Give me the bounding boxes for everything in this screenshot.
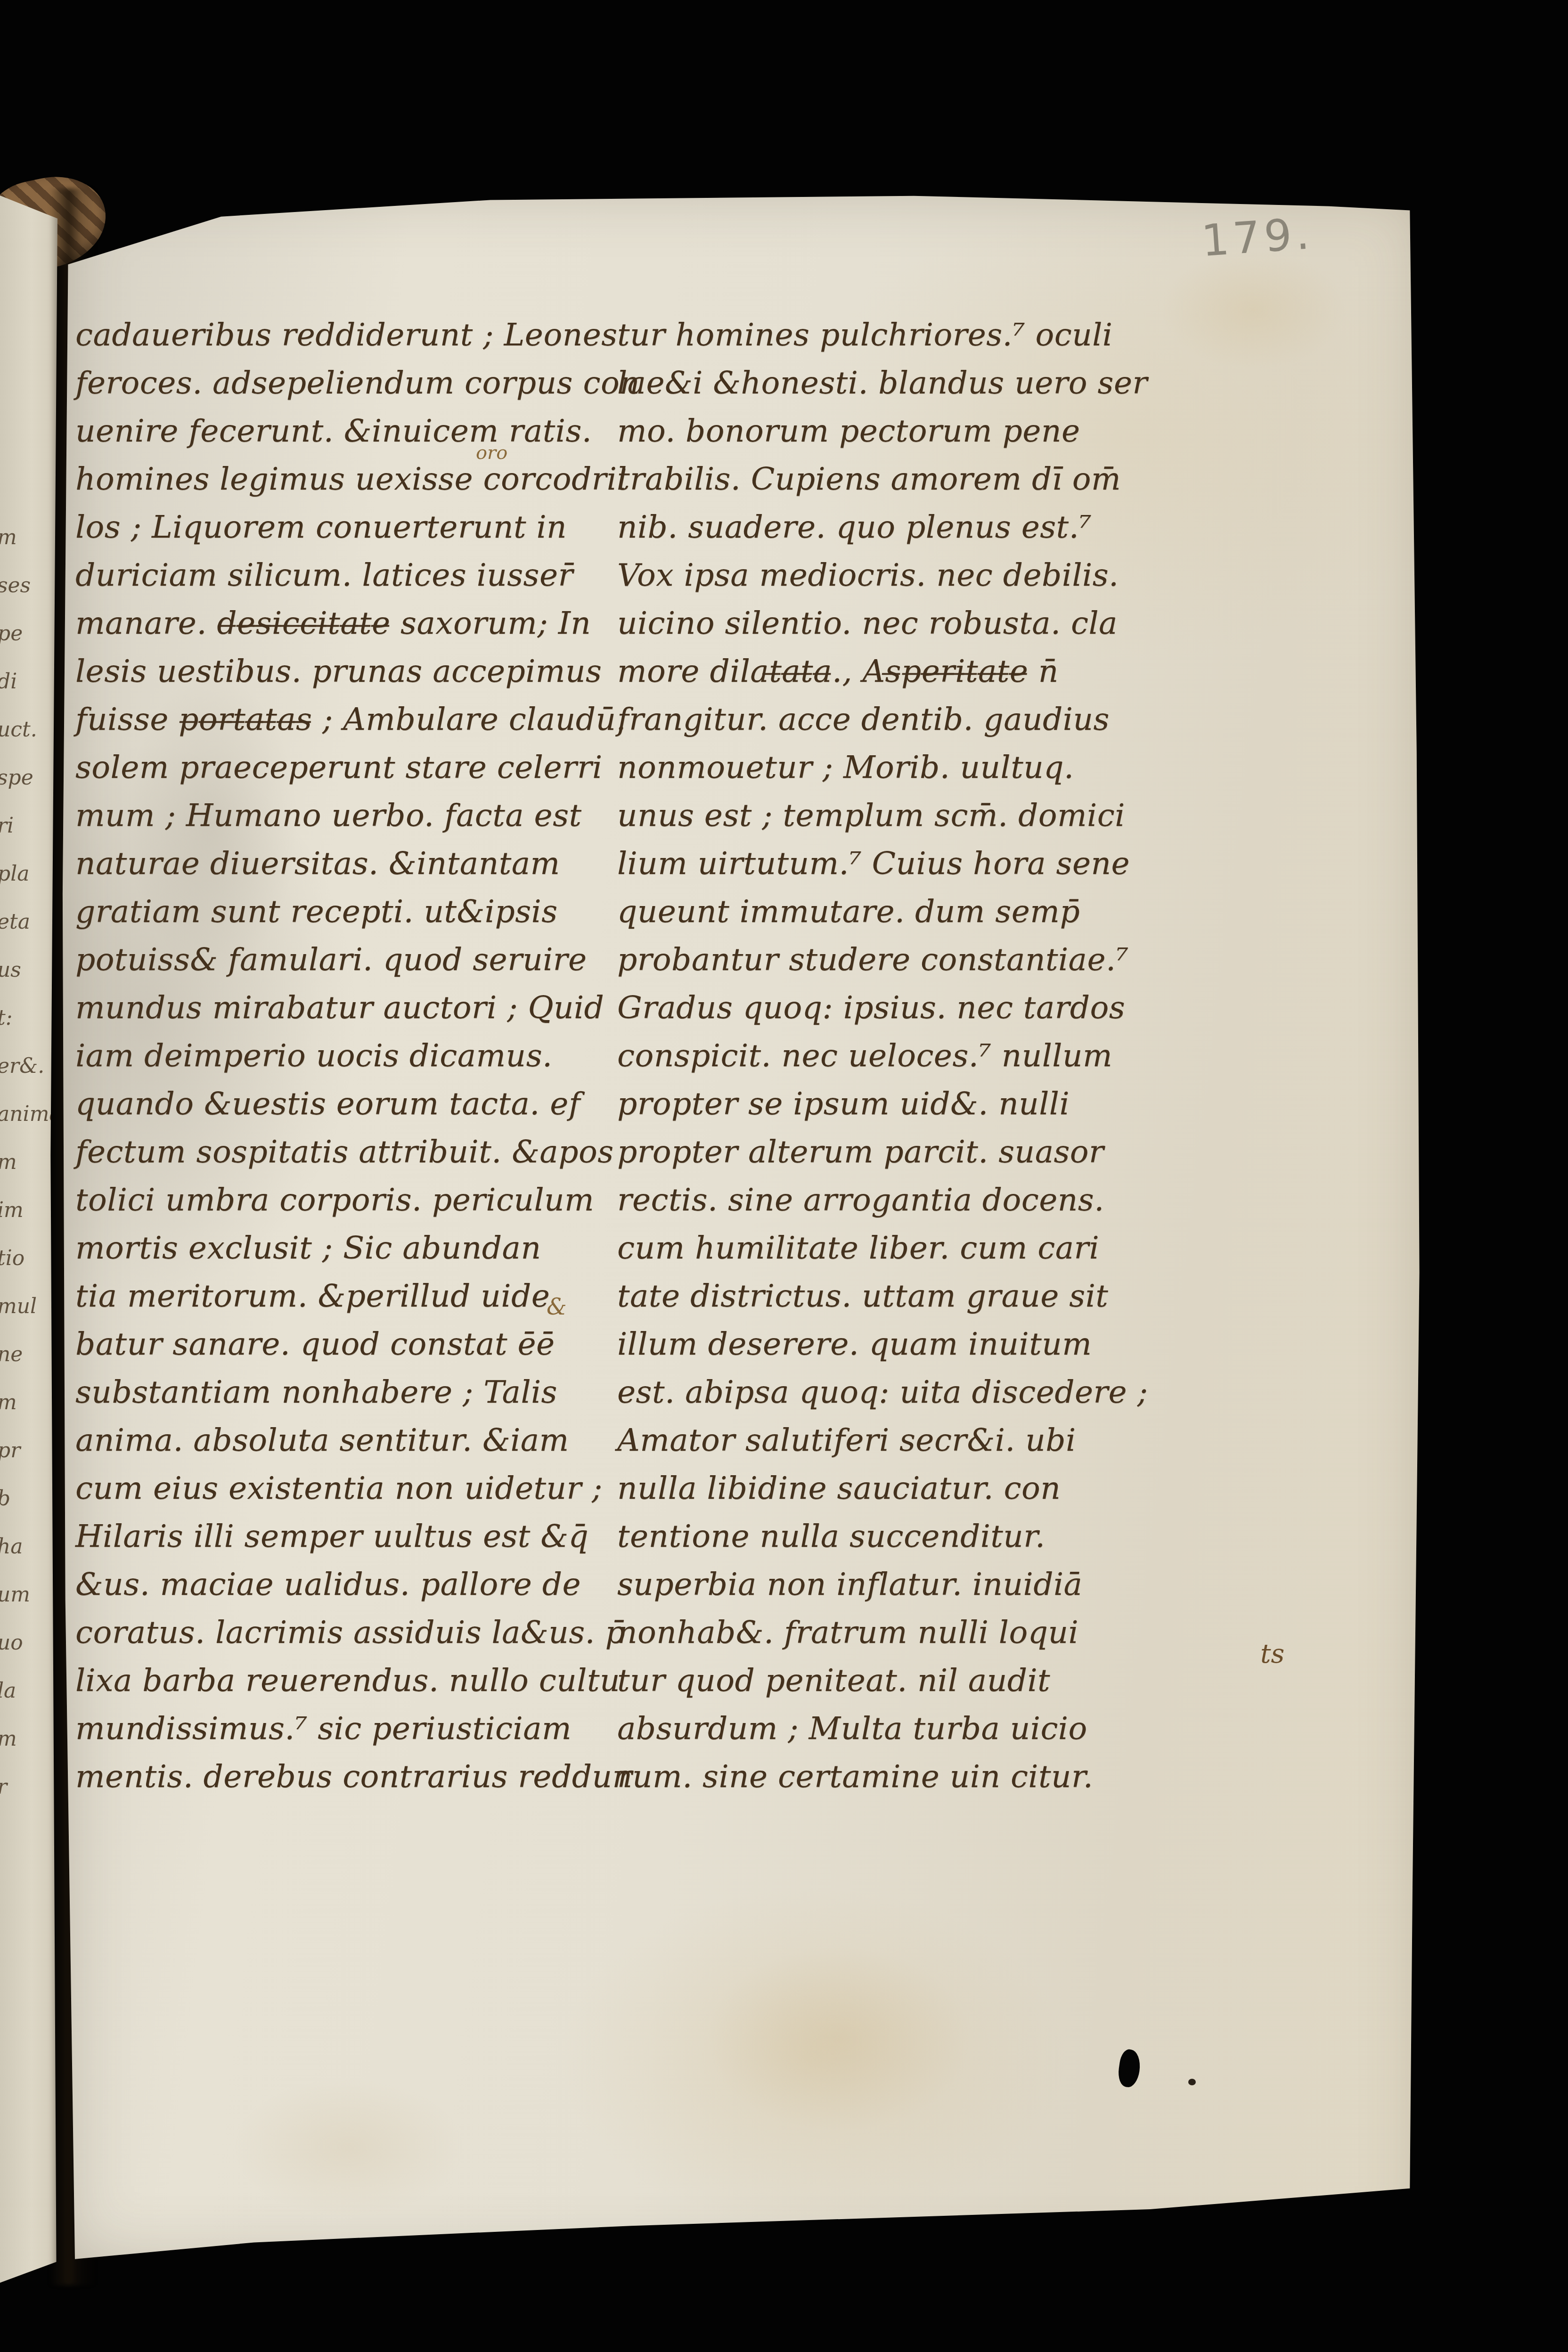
text-line: mundus mirabatur auctori ; Quid (75, 984, 589, 1032)
gutter-fragment-text: im (0, 1186, 56, 1234)
text-line: fectum sospitatis attribuit. &apos (75, 1128, 589, 1176)
gutter-fragment-text: m (0, 1715, 56, 1763)
gutter-fragment-text: uo (0, 1619, 56, 1667)
gutter-fragment-text: t: (0, 994, 56, 1042)
text-line: illum deserere. quam inuitum (617, 1320, 1168, 1368)
gutter-fragment-text: m (0, 514, 56, 562)
text-line: quando &uestis eorum tacta. ef (75, 1080, 589, 1128)
text-line: mum ; Humano uerbo. facta est (75, 792, 589, 840)
text-line: substantiam nonhabere ; Talis (75, 1368, 589, 1416)
manuscript-page: 179. cadaueribus reddiderunt ; Leonesfer… (61, 188, 1428, 2265)
text-line: Hilaris illi semper uultus est &q̄ (75, 1512, 589, 1560)
text-line: frangitur. acce dentib. gaudius (617, 695, 1168, 743)
text-line: naturae diuersitas. &intantam (75, 840, 589, 888)
text-line: fuisse p̶o̶r̶t̶a̶t̶a̶s̶ ; Ambulare claud… (75, 695, 589, 743)
gutter-fragment-text: ne (0, 1331, 56, 1379)
text-line: cadaueribus reddiderunt ; Leones (75, 311, 589, 359)
gutter-fragment-text: um (0, 1571, 56, 1619)
gutter-fragment-text: r (0, 1763, 56, 1811)
text-line: superbia non inflatur. inuidiā (617, 1560, 1168, 1609)
gutter-fragment-text: ri (0, 802, 56, 850)
text-line: tur quod peniteat. nil audit (617, 1657, 1168, 1705)
text-line: potuiss& famulari. quod seruire (75, 936, 589, 984)
text-line: nib. suadere. quo plenus est.⁷ (617, 503, 1168, 551)
text-line: tolici umbra corporis. periculum (75, 1176, 589, 1224)
gutter-fragment-text: mul (0, 1282, 56, 1331)
text-line: lixa barba reuerendus. nullo cultu (75, 1657, 589, 1705)
text-line: gratiam sunt recepti. ut&ipsis (75, 888, 589, 936)
gutter-fragment-text: er&. (0, 1042, 56, 1090)
text-line: cum humilitate liber. cum cari (617, 1224, 1168, 1272)
quire-mark: ts (1260, 1639, 1284, 1669)
previous-folio-edge: msespediuct.speriplaetaust:er&.animalmim… (0, 196, 57, 2283)
interlinear-gloss: & (547, 1294, 567, 1320)
text-line: cum eius existentia non uidetur ; (75, 1464, 589, 1512)
text-line: mo. bonorum pectorum pene (617, 407, 1168, 455)
text-line: unus est ; templum scm̄. domici (617, 792, 1168, 840)
text-line: tentione nulla succenditur. (617, 1512, 1168, 1560)
gutter-fragment-text: uct. (0, 706, 56, 754)
text-line: feroces. adsepeliendum corpus con (75, 359, 589, 407)
text-line: est. abipsa quoq: uita discedere ; (617, 1368, 1168, 1416)
text-line: anima. absoluta sentitur. &iam (75, 1416, 589, 1464)
text-line: lesis uestibus. prunas accepimus (75, 647, 589, 695)
text-line: manare. d̶e̶s̶i̶c̶c̶i̶t̶a̶t̶e̶ saxorum; … (75, 599, 589, 647)
gutter-fragment-list: msespediuct.speriplaetaust:er&.animalmim… (0, 514, 56, 1811)
gutter-fragment-text: us (0, 946, 56, 994)
text-line: coratus. lacrimis assiduis la&us. p̄ (75, 1609, 589, 1657)
gutter-fragment-text: spe (0, 754, 56, 802)
text-line: homines legimus uexisse corcodril (75, 455, 589, 503)
gutter-fragment-text: m (0, 1138, 56, 1186)
gutter-fragment-text: la (0, 1667, 56, 1715)
text-line: mundissimus.⁷ sic periusticiam (75, 1705, 589, 1753)
gutter-fragment-text: pe (0, 610, 56, 658)
text-line: los ; Liquorem conuerterunt in (75, 503, 589, 551)
gutter-fragment-text: b (0, 1475, 56, 1523)
text-line: queunt immutare. dum semp̄ (617, 888, 1168, 936)
gutter-fragment-text: m (0, 1379, 56, 1427)
text-line: rum. sine certamine uin citur. (617, 1753, 1168, 1801)
folio-number: 179. (1200, 208, 1315, 266)
text-line: rectis. sine arrogantia docens. (617, 1176, 1168, 1224)
text-line: Amator salutiferi secr&i. ubi (617, 1416, 1168, 1464)
text-line: mortis exclusit ; Sic abundan (75, 1224, 589, 1272)
text-line: tate districtus. uttam graue sit (617, 1272, 1168, 1320)
gutter-fragment-text: di (0, 658, 56, 706)
wormhole-dot (1188, 2079, 1196, 2085)
parchment-stain (650, 1907, 1027, 2171)
text-line: batur sanare. quod constat ēē (75, 1320, 589, 1368)
gutter-fragment-text: pla (0, 850, 56, 898)
text-line: propter alterum parcit. suasor (617, 1128, 1168, 1176)
text-line: uenire fecerunt. &inuicem ratis. (75, 407, 589, 455)
text-line: &us. maciae ualidus. pallore de (75, 1560, 589, 1609)
text-line: nulla libidine sauciatur. con (617, 1464, 1168, 1512)
text-line: solem praeceperunt stare celerri (75, 743, 589, 792)
gutter-fragment-text: ha (0, 1523, 56, 1571)
text-line: tur homines pulchriores.⁷ oculi (617, 311, 1168, 359)
text-line: iam deimperio uocis dicamus. (75, 1032, 589, 1080)
gutter-fragment-text: tio (0, 1234, 56, 1282)
text-line: absurdum ; Multa turba uicio (617, 1705, 1168, 1753)
text-line: lium uirtutum.⁷ Cuius hora sene (617, 840, 1168, 888)
text-line: tia meritorum. &perillud uide (75, 1272, 589, 1320)
text-line: Gradus quoq: ipsius. nec tardos (617, 984, 1168, 1032)
text-line: Vox ipsa mediocris. nec debilis. (617, 551, 1168, 599)
parchment-stain (184, 2049, 514, 2246)
gutter-fragment-text: pr (0, 1427, 56, 1475)
parchment-hole (1117, 2048, 1143, 2088)
text-line: lae&i &honesti. blandus uero ser (617, 359, 1168, 407)
manuscript-photograph: { "document": { "type": "medieval manusc… (0, 0, 1568, 2352)
text-line: trabilis. Cupiens amorem dī om̄ (617, 455, 1168, 503)
text-line: conspicit. nec ueloces.⁷ nullum (617, 1032, 1168, 1080)
interlinear-gloss: oro (476, 442, 507, 464)
gutter-fragment-text: ses (0, 562, 56, 610)
text-column-right: tur homines pulchriores.⁷ oculilae&i &ho… (617, 311, 1168, 1801)
gutter-fragment-text: animal (0, 1090, 56, 1138)
text-line: uicino silentio. nec robusta. cla (617, 599, 1168, 647)
text-line: more dilat̶a̶t̶a̶., As̶p̶e̶r̶i̶t̶a̶t̶e̶ … (617, 647, 1168, 695)
text-line: nonhab&. fratrum nulli loqui (617, 1609, 1168, 1657)
text-line: probantur studere constantiae.⁷ (617, 936, 1168, 984)
text-line: duriciam silicum. latices iusser̄ (75, 551, 589, 599)
text-line: nonmouetur ; Morib. uultuq. (617, 743, 1168, 792)
gutter-fragment-text: eta (0, 898, 56, 946)
text-column-left: cadaueribus reddiderunt ; Leonesferoces.… (75, 311, 589, 1801)
photograph-background: msespediuct.speriplaetaust:er&.animalmim… (0, 0, 1568, 2352)
text-line: propter se ipsum uid&. nulli (617, 1080, 1168, 1128)
text-line: mentis. derebus contrarius reddun (75, 1753, 589, 1801)
